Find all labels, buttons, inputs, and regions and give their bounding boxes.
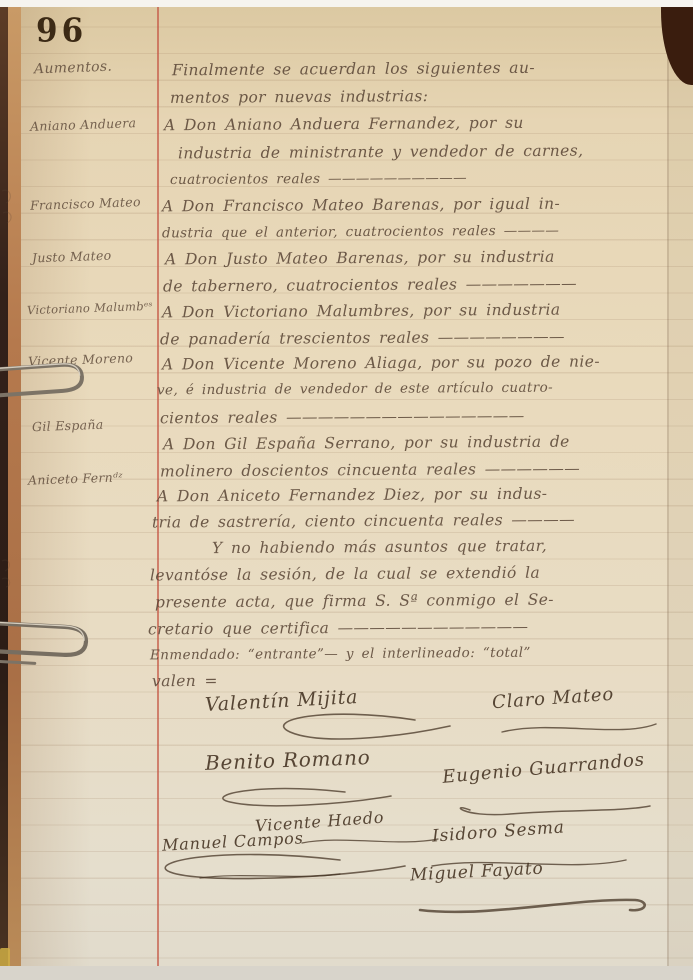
page-number: 96 [36,12,87,50]
manuscript-line: Enmendado: “entrante”— y el interlineado… [150,645,531,664]
binding-shadow [0,7,8,966]
photo-bottom-edge [0,966,693,980]
manuscript-line: A Don Victoriano Malumbres, por su indus… [162,301,561,322]
manuscript-line: levantóse la sesión, de la cual se exten… [150,564,540,585]
manuscript-line: A Don Aniceto Fernandez Diez, por su ind… [157,485,548,506]
signature-flourish [415,888,660,922]
signature-flourish [140,852,410,892]
paperclip-icon [0,349,98,410]
manuscript-line: A Don Justo Mateo Barenas, por su indust… [165,248,555,269]
signature-flourish [500,716,660,742]
manuscript-line: tria de sastrería, ciento cincuenta real… [152,511,575,532]
manuscript-line: industria de ministrante y vendedor de c… [178,142,584,163]
binding-edge [8,7,21,966]
manuscript-line: mentos por nuevas industrias: [170,87,428,107]
manuscript-line: cientos reales ——————————————— [160,407,525,428]
manuscript-line: dustria que el anterior, cuatrocientos r… [162,223,559,242]
manuscript-line: Y no habiendo más asuntos que tratar, [212,537,547,557]
signature-flourish [300,833,440,849]
margin-note: Justo Mateo [32,248,112,266]
manuscript-photo: 96 Aumentos. Aniano Anduera Francisco Ma… [0,0,693,980]
manuscript-line: presente acta, que firma S. Sª conmigo e… [155,591,554,612]
manuscript-line: A Don Vicente Moreno Aliaga, por su pozo… [162,352,600,373]
manuscript-line: A Don Gil España Serrano, por su industr… [163,433,570,454]
margin-note: Gil España [32,417,104,434]
photo-top-edge [0,0,693,7]
manuscript-line: cuatrocientos reales —————————— [170,170,467,188]
manuscript-line: ve, é industria de vendedor de este artí… [157,380,553,399]
paperclip-icon [0,605,102,674]
manuscript-line: Finalmente se acuerdan los siguientes au… [172,59,535,80]
manuscript-line: molinero doscientos cincuenta reales ———… [160,460,580,481]
manuscript-line: cretario que certifica ———————————— [148,618,528,639]
page-right-shade [669,7,693,966]
manuscript-line: de tabernero, cuatrocientos reales —————… [163,275,577,296]
manuscript-line: valen = [152,672,218,690]
manuscript-line: de panadería trescientos reales ———————— [160,328,565,349]
bottom-left-tab [0,948,10,968]
manuscript-line: A Don Francisco Mateo Barenas, por igual… [162,195,560,216]
margin-note: Aumentos. [34,59,113,78]
manuscript-line: A Don Aniano Anduera Fernandez, por su [164,114,524,135]
bleed-through-mark [0,555,16,589]
bleed-through-mark [0,185,18,225]
